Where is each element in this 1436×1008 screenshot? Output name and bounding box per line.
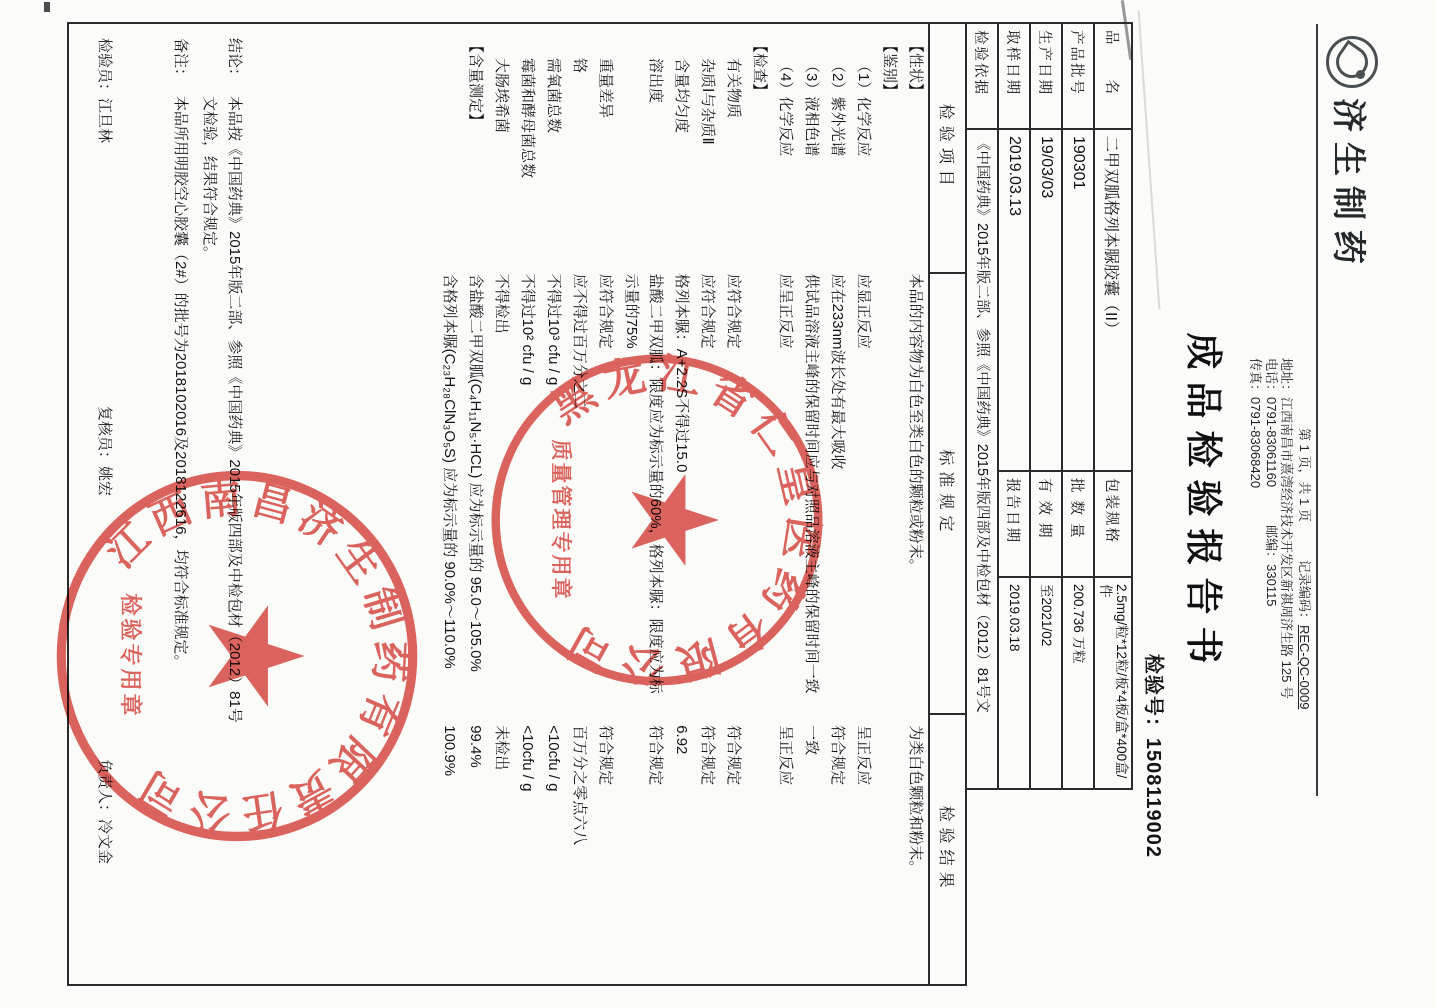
scanned-page: 济生制药 第 1 页，共 1 页记录编码：REC-QC-0009 地址：江西南昌… bbox=[0, 0, 1436, 1008]
batch-no-value: 190301 bbox=[1062, 129, 1094, 471]
address-line: 地址：江西南昌市熹湾经济技术开发区新祺周济生路 125 号 bbox=[1279, 358, 1295, 978]
fax-line: 传真：0791-83068420 bbox=[1248, 358, 1264, 978]
phone: 电话：0791-83061160 bbox=[1264, 358, 1279, 487]
table-row: 品 名 二甲双胍格列本脲胶囊（II） 包装规格 2.5mg/粒*12粒/板*4板… bbox=[1094, 23, 1132, 789]
col-header-item: 检验项目 bbox=[930, 24, 965, 274]
table-row: （1）化学反应 应显正反应 呈正反应 bbox=[850, 24, 876, 984]
record-code-label: 记录编码： bbox=[1297, 560, 1312, 625]
basis-value: 《中国药典》2015年版二部、参照《中国药典》2015年版四部及中检包材（201… bbox=[966, 129, 998, 789]
expiry-label: 有 效 期 bbox=[1030, 471, 1062, 577]
postcode: 邮编：330115 bbox=[1264, 525, 1279, 606]
letterhead: 济生制药 第 1 页，共 1 页记录编码：REC-QC-0009 地址：江西南昌… bbox=[1248, 24, 1378, 984]
report-document: 济生制药 第 1 页，共 1 页记录编码：REC-QC-0009 地址：江西南昌… bbox=[0, 0, 1436, 1008]
scan-fold-line bbox=[1138, 10, 1161, 309]
product-info-table: 品 名 二甲双胍格列本脲胶囊（II） 包装规格 2.5mg/粒*12粒/板*4板… bbox=[965, 22, 1133, 790]
stamp-star-icon: ★ bbox=[603, 466, 742, 574]
stamp-star-icon: ★ bbox=[177, 597, 331, 715]
batch-qty-label: 批 数 量 bbox=[1062, 471, 1094, 577]
table-row: 检验依据 《中国药典》2015年版二部、参照《中国药典》2015年版四部及中检包… bbox=[966, 23, 998, 789]
company-logo-icon bbox=[1326, 36, 1378, 88]
results-table-header: 检验项目 标准规定 检验结果 bbox=[928, 24, 965, 984]
pack-spec-label: 包装规格 bbox=[1094, 471, 1132, 577]
report-number: 1508119002 bbox=[1142, 738, 1164, 858]
remark-label: 备注： bbox=[168, 38, 193, 96]
page-count: 第 1 页，共 1 页 bbox=[1297, 428, 1312, 522]
table-row: 【性状】 本品的内容物为白色至类白色的颗粒或粉末。 为类白色颗粒和粉末。 bbox=[902, 24, 928, 984]
record-code: REC-QC-0009 bbox=[1297, 625, 1312, 710]
qc-stamp-jisheng: 江西南昌济生制药有限责任公司 ★ 检验专用章 bbox=[54, 468, 420, 844]
report-number-line: 检验号：1508119002 bbox=[1141, 654, 1170, 858]
basis-label: 检验依据 bbox=[966, 23, 998, 129]
table-row: 【含量测定】 含盐酸二甲双胍(C₄H₁₁N₅·HCL) 应为标示量的 95.0～… bbox=[462, 24, 488, 984]
mfg-date-label: 生产日期 bbox=[1030, 23, 1062, 129]
col-header-standard: 标准规定 bbox=[930, 274, 965, 716]
scan-edge-mark bbox=[44, 2, 50, 12]
table-row: 取样日期 2019.03.13 报告日期 2019.03.18 bbox=[998, 23, 1030, 789]
table-row: （2）紫外光谱 应在233nm波长处有最大吸收 符合规定 bbox=[824, 24, 850, 984]
table-row: 【鉴别】 bbox=[876, 24, 902, 984]
brand-row: 济生制药 bbox=[1316, 24, 1378, 796]
company-name: 济生制药 bbox=[1328, 98, 1377, 274]
page-info-line: 第 1 页，共 1 页记录编码：REC-QC-0009 bbox=[1297, 428, 1313, 978]
phone-line: 电话：0791-83061160邮编：330115 bbox=[1264, 358, 1280, 978]
expiry-value: 至2021/02 bbox=[1030, 577, 1062, 789]
contact-block: 第 1 页，共 1 页记录编码：REC-QC-0009 地址：江西南昌市熹湾经济… bbox=[1248, 358, 1312, 978]
report-date-value: 2019.03.18 bbox=[998, 577, 1030, 789]
sampling-date-value: 2019.03.13 bbox=[998, 129, 1030, 471]
product-name-value: 二甲双胍格列本脲胶囊（II） bbox=[1094, 129, 1132, 471]
inspector-signature: 检验员：江旦林 bbox=[95, 38, 116, 143]
table-row: 含格列本脲(C₂₃H₂₈ClN₃O₅S) 应为标示量的 90.0%～110.0%… bbox=[436, 24, 462, 984]
mfg-date-value: 19/03/03 bbox=[1030, 129, 1062, 471]
report-date-label: 报告日期 bbox=[998, 471, 1030, 577]
sampling-date-label: 取样日期 bbox=[998, 23, 1030, 129]
report-number-label: 检验号： bbox=[1142, 654, 1164, 738]
pack-spec-value: 2.5mg/粒*12粒/板*4板/盒*400盒/件 bbox=[1094, 577, 1132, 789]
conclusion-label: 结论： bbox=[197, 38, 247, 96]
qc-stamp-heilongjiang: 黑龙江省仁皇医药有限公司 ★ 质量管理专用章 bbox=[489, 352, 825, 688]
table-row: 产品批号 190301 批 数 量 200.736 万粒 bbox=[1062, 23, 1094, 789]
stamp-banner-text: 质量管理专用章 bbox=[547, 440, 577, 601]
report-title: 成品检验报告书 bbox=[1180, 0, 1234, 1008]
stamp-banner-text: 检验专用章 bbox=[116, 593, 147, 718]
table-row: 生产日期 19/03/03 有 效 期 至2021/02 bbox=[1030, 23, 1062, 789]
batch-qty-value: 200.736 万粒 bbox=[1062, 577, 1094, 789]
batch-no-label: 产品批号 bbox=[1062, 23, 1094, 129]
col-header-result: 检验结果 bbox=[930, 715, 965, 984]
